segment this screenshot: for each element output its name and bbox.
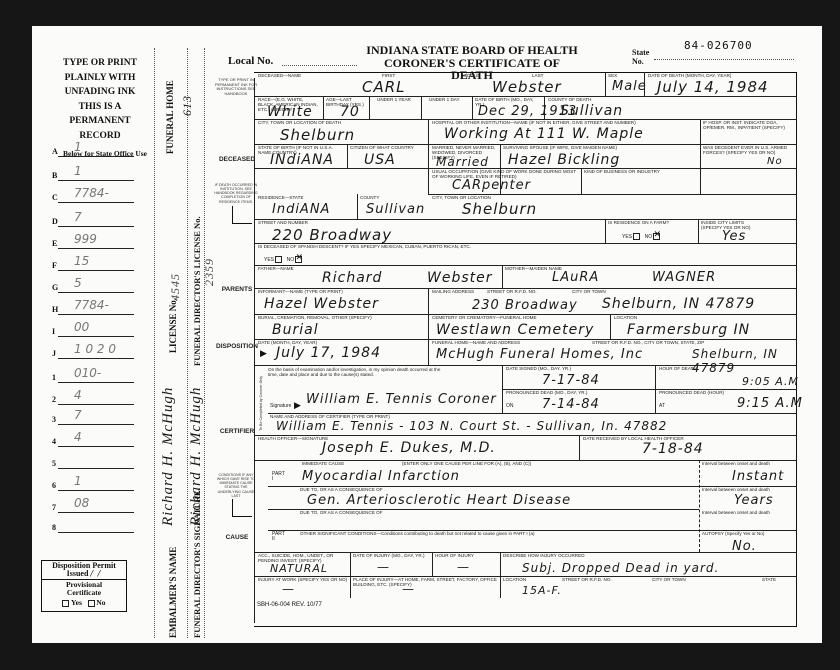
funeral-home-name[interactable]: McHugh Funeral Homes, Inc <box>436 347 643 362</box>
state-label: State <box>632 48 649 57</box>
injury-description-label: DESCRIBE HOW INJURY OCCURRED <box>503 554 585 559</box>
pronounced-hour[interactable]: 9:15 A.M <box>737 396 803 411</box>
divider <box>154 48 155 638</box>
provisional-no-label: No <box>96 598 105 607</box>
farm-label: IS RESIDENCE ON A FARM? <box>608 221 669 226</box>
interval-label-a: Interval between onset and death <box>702 462 770 467</box>
col-line <box>610 314 611 339</box>
col-line <box>700 119 701 194</box>
pronounced-hour-label: PRONOUNCED DEAD (Hour) <box>659 391 724 396</box>
col-line <box>605 72 606 96</box>
state-office-code-value[interactable]: 5 <box>74 276 82 290</box>
part-2-label: PART II <box>272 532 282 543</box>
state-office-code-label: 6 <box>52 481 56 490</box>
embalmer-license-label: LICENSE No. <box>168 298 178 353</box>
spanish-descent-label: IS DECEASED OF SPANISH DESCENT? IF YES S… <box>258 245 471 250</box>
col-line <box>369 96 370 119</box>
embalmer-name: Richard H. McHugh <box>160 387 177 526</box>
state-office-code-value[interactable]: 15 <box>74 254 89 268</box>
state-office-code-label: 8 <box>52 523 56 532</box>
arrow-icon <box>232 499 252 517</box>
state-office-code-label: 2 <box>52 395 56 404</box>
place-of-injury-label: PLACE OF INJURY—At home, farm, street, f… <box>353 578 498 588</box>
citizen-value[interactable]: USA <box>364 152 396 168</box>
instruction-line: PERMANENT <box>40 114 160 129</box>
sex-value[interactable]: Male <box>612 79 647 94</box>
funeral-home-name-label: FUNERAL HOME—NAME AND ADDRESS <box>432 341 520 346</box>
injury-state-label: STATE <box>762 578 776 583</box>
state-office-code-value[interactable]: 1 0 2 0 <box>74 342 116 356</box>
residence-street[interactable]: 220 Broadway <box>272 226 392 244</box>
farm-yes-checkbox[interactable] <box>633 233 640 240</box>
row-line <box>254 339 797 340</box>
cause-b[interactable]: Gen. Arteriosclerotic Heart Disease <box>307 493 571 508</box>
signature-label: Signature <box>270 404 291 409</box>
state-office-code-label: 5 <box>52 459 56 468</box>
funeral-director-license-label: FUNERAL DIRECTOR'S LICENSE No. <box>192 216 202 366</box>
state-office-code-label: 1 <box>52 373 56 382</box>
farm-no-checkbox[interactable] <box>653 233 660 240</box>
col-line <box>432 552 433 576</box>
funeral-home-label: FUNERAL HOME <box>165 80 175 154</box>
certifier-statement: On the basis of examination and/or inves… <box>268 368 448 378</box>
state-no-field <box>654 59 794 60</box>
state-office-code-line <box>58 336 134 337</box>
fh-address-label: STREET OR R.F.D. NO., CITY OR TOWN, STAT… <box>592 341 704 346</box>
col-line <box>698 219 699 243</box>
disposition-method[interactable]: Burial <box>272 322 319 338</box>
state-office-code-value[interactable]: 00 <box>74 320 89 334</box>
marital-status[interactable]: Married <box>436 155 489 169</box>
no-label: No. <box>632 57 649 66</box>
informant-city-state-zip[interactable]: Shelburn, IN 47879 <box>602 296 755 312</box>
under-1-year-label: UNDER 1 YEAR <box>377 98 411 103</box>
armed-forces-label: WAS DECEDENT EVER IN U.S. ARMED FORCES? … <box>703 146 793 156</box>
provisional-no-checkbox[interactable] <box>88 600 95 607</box>
injury-at-work-label: INJURY AT WORK (Specify Yes or No) <box>258 578 347 583</box>
embalmer-license-no: 4545 <box>168 273 183 301</box>
pronounced-date[interactable]: 7-14-84 <box>542 397 600 412</box>
autopsy-label: AUTOPSY (Specify Yes or No) <box>702 532 764 537</box>
informant-name[interactable]: Hazel Webster <box>264 296 379 312</box>
usual-occupation[interactable]: CARpenter <box>452 178 531 193</box>
state-office-code-value[interactable]: 1 <box>74 140 82 154</box>
immediate-cause-label: IMMEDIATE CAUSE <box>302 462 344 467</box>
interval-a[interactable]: Instant <box>732 469 784 484</box>
residence-state-label: RESIDENCE—STATE <box>258 196 304 201</box>
state-office-code-line <box>58 292 134 293</box>
state-office-code-label: B <box>52 171 57 180</box>
health-officer-signature[interactable]: Joseph E. Dukes, M.D. <box>322 440 496 456</box>
father-label: FATHER—NAME <box>258 267 294 272</box>
father-last-name[interactable]: Webster <box>427 270 493 286</box>
col-line <box>428 119 429 194</box>
funeral-home-address[interactable]: Shelburn, IN 47879 <box>692 347 822 375</box>
col-line <box>472 96 473 119</box>
farm-yes-label: YES <box>622 234 632 240</box>
residence-county[interactable]: Sullivan <box>366 202 425 217</box>
disposition-permit-box: Disposition Permit Issued / / Provisiona… <box>41 560 127 612</box>
injury-hour-label: HOUR OF INJURY <box>435 554 474 559</box>
row-line <box>254 435 797 436</box>
disposition-date[interactable]: July 17, 1984 <box>276 345 381 361</box>
provisional-yes-checkbox[interactable] <box>62 600 69 607</box>
col-line <box>579 435 580 460</box>
under-1-day-label: UNDER 1 DAY <box>429 98 460 103</box>
part-1-label: PART I <box>272 472 282 483</box>
deceased-last-name[interactable]: Webster <box>492 78 562 96</box>
city-town-label: CITY OR TOWN <box>572 290 606 295</box>
issued-label: Issued <box>67 569 89 578</box>
inside-city-limits[interactable]: Yes <box>722 229 746 244</box>
state-office-code-value[interactable]: 1 <box>74 474 82 488</box>
provisional-certificate-label: Provisional Certificate <box>54 581 114 597</box>
ink-instructions: TYPE OR PRINT PLAINLY WITH UNFADING INK … <box>40 56 160 143</box>
state-office-code-label: D <box>52 217 58 226</box>
state-office-code-label: C <box>52 193 58 202</box>
state-no: 84-026700 <box>684 39 753 52</box>
county-of-death[interactable]: Sullivan <box>560 103 623 119</box>
manner-of-death[interactable]: NATURAL <box>270 562 328 575</box>
state-office-code-label: H <box>52 305 58 314</box>
cause-instruction: (ENTER ONLY ONE CAUSE PER LINE FOR (a), … <box>402 462 531 467</box>
location-label: LOCATION <box>614 316 637 321</box>
col-line <box>357 194 358 219</box>
state-office-code-value[interactable]: 7784- <box>74 186 109 200</box>
divider <box>187 48 188 638</box>
state-office-code-value[interactable]: 7784- <box>74 298 109 312</box>
date-signed-label: DATE SIGNED (Mo., Day, Yr.) <box>506 367 571 372</box>
spouse-label: SURVIVING SPOUSE (If wife, give maiden n… <box>503 146 617 151</box>
state-office-code-line <box>58 202 134 203</box>
frame-left <box>254 78 255 623</box>
citizen-label: CITIZEN OF WHAT COUNTRY <box>350 146 414 151</box>
cause-a[interactable]: Myocardial Infarction <box>302 469 460 484</box>
name-label: DECEASED—NAME <box>258 74 301 79</box>
state-no-label: State No. <box>632 48 649 66</box>
title-line-1: INDIANA STATE BOARD OF HEALTH <box>362 44 582 57</box>
residence-city[interactable]: Shelburn <box>462 200 537 218</box>
date-of-death[interactable]: July 14, 1984 <box>657 78 769 96</box>
state-office-code-line <box>58 512 134 513</box>
state-office-code-label: 7 <box>52 503 56 512</box>
instruction-line: UNFADING INK <box>40 85 160 100</box>
injury-date[interactable]: — <box>377 560 390 574</box>
local-no-field[interactable] <box>282 65 357 66</box>
injury-street-label: STREET OR R.F.D. NO. <box>562 578 612 583</box>
business-label: KIND OF BUSINESS OR INDUSTRY <box>584 170 660 175</box>
state-office-code-line <box>58 226 134 227</box>
embalmer-name-label: EMBALMER'S NAME <box>168 547 178 638</box>
residence-state[interactable]: IndiANA <box>272 202 330 217</box>
state-office-code-value[interactable]: 08 <box>74 496 89 510</box>
surviving-spouse[interactable]: Hazel Bickling <box>508 152 620 168</box>
col-line <box>428 288 429 365</box>
state-office-code-value[interactable]: 7 <box>74 408 82 422</box>
state-office-code-line <box>58 382 134 383</box>
health-officer-label: HEALTH OFFICER—signature <box>258 437 328 442</box>
pronounced-on-label: ON <box>506 404 514 409</box>
farm-options: YES NO <box>622 233 660 240</box>
instruction-line: THIS IS A <box>40 100 160 115</box>
death-certificate: TYPE OR PRINT PLAINLY WITH UNFADING INK … <box>32 26 822 643</box>
residence-note: IF DEATH OCCURRED IN INSTITUTION, SEE HA… <box>214 183 258 204</box>
spanish-no-checkbox[interactable] <box>295 256 302 263</box>
age-value[interactable]: 70 <box>340 104 360 120</box>
row-line <box>502 413 797 414</box>
race-value[interactable]: White <box>267 104 313 120</box>
col-line <box>605 219 606 243</box>
other-conditions-label: OTHER SIGNIFICANT CONDITIONS—Conditions … <box>300 532 535 537</box>
state-office-code-value[interactable]: 1 <box>74 164 82 178</box>
provisional-yes-label: Yes <box>71 598 82 607</box>
state-office-code-label: F <box>52 261 57 270</box>
middle-label: MIDDLE <box>462 74 479 79</box>
place-of-injury[interactable]: — <box>402 582 415 596</box>
state-office-code-label: G <box>52 283 58 292</box>
state-office-code-line <box>58 446 134 447</box>
certifier-name-address[interactable]: William E. Tennis - 103 N. Court St. - S… <box>276 419 667 433</box>
col-line <box>347 144 348 168</box>
injury-location-label: LOCATION <box>503 578 526 583</box>
spanish-yes-label: YES <box>264 257 274 263</box>
spanish-no-label: NO <box>287 257 295 263</box>
pronounced-at-label: AT <box>659 404 665 409</box>
deceased-first-name[interactable]: CARL <box>362 78 406 96</box>
pronounced-date-label: PRONOUNCED DEAD (Mo., Day, Yr.) <box>506 391 587 396</box>
triangle-icon: ▶ <box>294 400 301 411</box>
state-office-code-label: J <box>52 349 56 358</box>
injury-city-label: CITY OR TOWN <box>652 578 686 583</box>
col-line <box>699 460 700 552</box>
cemetery-name[interactable]: Westlawn Cemetery <box>436 322 594 338</box>
farm-no-label: NO <box>645 234 653 240</box>
state-office-code-line <box>58 468 134 469</box>
burial-method-label: BURIAL, CREMATION, REMOVAL, OTHER (Speci… <box>258 316 372 321</box>
col-line <box>500 552 501 598</box>
armed-forces-value[interactable]: No <box>767 156 783 167</box>
cemetery-label: CEMETERY OR CREMATORY—FUNERAL HOME <box>432 316 537 321</box>
birth-state[interactable]: INdiANA <box>270 152 334 168</box>
hospital-value[interactable]: Working At 111 W. Maple <box>444 126 644 142</box>
injury-description[interactable]: Subj. Dropped Dead in yard. <box>522 561 719 575</box>
state-office-code-label: 3 <box>52 415 56 424</box>
state-office-code-line <box>58 248 134 249</box>
state-office-code-value[interactable]: 4 <box>74 430 82 444</box>
state-office-code-label: A <box>52 147 58 156</box>
state-office-code-line <box>58 404 134 405</box>
state-office-code-line <box>58 156 134 157</box>
injury-hour[interactable]: — <box>457 560 470 574</box>
instruction-line: TYPE OR PRINT <box>40 56 160 71</box>
interval-b[interactable]: Years <box>734 493 774 508</box>
col-line <box>323 96 324 119</box>
certifier-signature[interactable]: William E. Tennis Coroner <box>306 392 497 407</box>
funeral-home-no: 613 <box>180 95 195 116</box>
date-received[interactable]: 7-18-84 <box>642 441 704 457</box>
state-office-code-value[interactable]: 999 <box>74 232 97 246</box>
form-number: SBH-06-004 REV. 10/77 <box>257 602 322 608</box>
state-office-code-value[interactable]: 010- <box>74 366 101 380</box>
col-line <box>581 168 582 194</box>
state-office-code-line <box>58 180 134 181</box>
state-office-code-line <box>58 532 134 533</box>
state-office-code-label: 4 <box>52 437 56 446</box>
state-office-code-label: E <box>52 239 57 248</box>
informant-label: INFORMANT—NAME (Type or print) <box>258 290 343 295</box>
funeral-director-signature: Richard H. McHugh <box>188 387 205 526</box>
instruction-line: RECORD <box>40 129 160 144</box>
arrow-icon <box>232 206 252 224</box>
residence-county-label: COUNTY <box>360 196 379 201</box>
hour-of-death[interactable]: 9:05 A.M <box>742 375 799 388</box>
father-first-name[interactable]: Richard <box>322 270 382 286</box>
state-office-code-value[interactable]: 7 <box>74 210 82 224</box>
hour-of-death-label: HOUR OF DEATH <box>659 367 697 372</box>
injury-at-work[interactable]: — <box>282 582 295 596</box>
instruction-line: PLAINLY WITH <box>40 71 160 86</box>
hosp-status-label: IF HOSP. OR INST. Indicate DOA, OP/Emer.… <box>703 121 793 131</box>
state-office-code-label: I <box>52 327 55 336</box>
mother-last-name[interactable]: WAGNER <box>652 270 716 285</box>
coroner-only-note: To Be Completed by Coroner Only <box>260 376 268 431</box>
col-line <box>421 96 422 119</box>
state-office-code-line <box>58 270 134 271</box>
informant-street[interactable]: 230 Broadway <box>472 298 578 313</box>
due-to-label-c: DUE TO, OR AS A CONSEQUENCE OF <box>300 511 383 516</box>
local-no-label: Local No. <box>228 55 273 67</box>
state-office-code-value[interactable]: 4 <box>74 388 82 402</box>
conditions-note: CONDITIONS IF ANY WHICH GAVE RISE TO IMM… <box>214 473 258 498</box>
state-office-code-line <box>58 358 134 359</box>
injury-location[interactable]: 15A-F. <box>522 584 562 597</box>
spanish-yes-checkbox[interactable] <box>275 256 282 263</box>
col-line <box>350 552 351 598</box>
state-office-code-line <box>58 424 134 425</box>
street-rfd-label: STREET OR R.F.D. NO. <box>487 290 537 295</box>
side-instructions: TYPE OR PRINT IN PERMANENT INK FOR INSTR… <box>214 78 258 96</box>
interval-label-c: Interval between onset and death <box>702 511 770 516</box>
disposition-location[interactable]: Farmersburg IN <box>627 322 750 338</box>
mailing-address-label: MAILING ADDRESS <box>432 290 474 295</box>
mother-first-name[interactable]: LAuRA <box>552 270 599 285</box>
state-office-code-line <box>58 490 134 491</box>
city-of-death[interactable]: Shelburn <box>280 126 355 144</box>
injury-date-label: DATE OF INJURY (Mo., Day, Yr.) <box>353 554 424 559</box>
funeral-director-license-no: 2359 <box>202 258 217 286</box>
spanish-options: YES NO <box>264 256 302 263</box>
triangle-icon: ▶ <box>260 348 267 359</box>
state-office-code-line <box>58 314 134 315</box>
date-signed[interactable]: 7-17-84 <box>542 373 600 388</box>
divider <box>204 48 205 638</box>
col-line <box>502 265 503 288</box>
issued-value: / / <box>90 569 101 578</box>
